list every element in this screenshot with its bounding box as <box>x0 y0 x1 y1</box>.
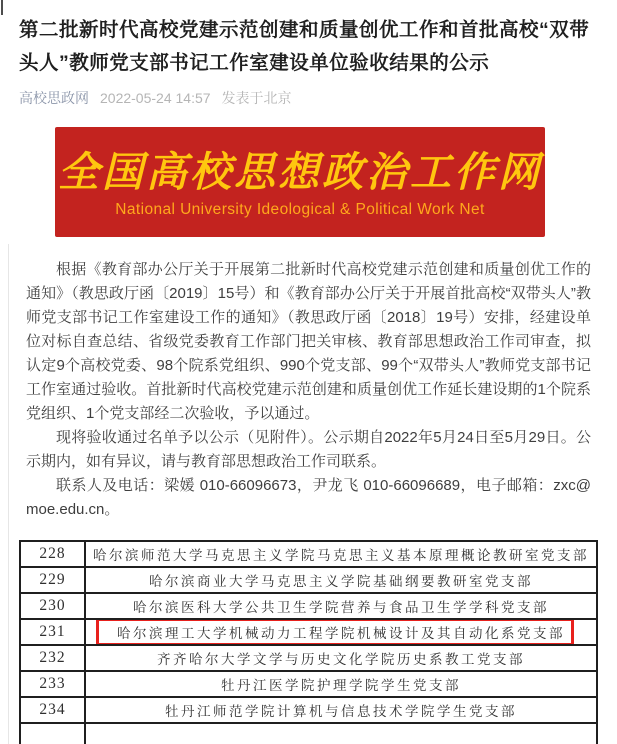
table-row: 233牡丹江医学院护理学院学生党支部 <box>20 671 597 697</box>
row-branch-name-cell: 哈尔滨师范大学马克思主义学院马克思主义基本原理概论教研室党支部 <box>85 541 597 567</box>
article-title: 第二批新时代高校党建示范创建和质量创优工作和首批高校“双带头人”教师党支部书记工… <box>19 14 599 80</box>
embedded-image-edge <box>8 244 9 744</box>
row-branch-name-cell: 哈尔滨医科大学公共卫生学院营养与食品卫生学学科党支部 <box>85 593 597 619</box>
branch-name: 哈尔滨师范大学马克思主义学院马克思主义基本原理概论教研室党支部 <box>93 548 589 563</box>
results-table: 228哈尔滨师范大学马克思主义学院马克思主义基本原理概论教研室党支部229哈尔滨… <box>19 540 598 744</box>
row-branch-name-cell <box>85 723 597 744</box>
screenshot-edge-artifact <box>1 0 3 15</box>
table-row: 230哈尔滨医科大学公共卫生学院营养与食品卫生学学科党支部 <box>20 593 597 619</box>
row-branch-name-cell: 哈尔滨商业大学马克思主义学院基础纲要教研室党支部 <box>85 567 597 593</box>
row-number-cell: 232 <box>20 645 85 671</box>
banner-title-en: National University Ideological & Politi… <box>115 202 484 218</box>
row-branch-name-cell: 齐齐哈尔大学文学与历史文化学院历史系教工党支部 <box>85 645 597 671</box>
row-branch-name-cell: 牡丹江医学院护理学院学生党支部 <box>85 671 597 697</box>
results-table-body: 228哈尔滨师范大学马克思主义学院马克思主义基本原理概论教研室党支部229哈尔滨… <box>20 541 597 744</box>
table-row: 232齐齐哈尔大学文学与历史文化学院历史系教工党支部 <box>20 645 597 671</box>
table-row: 231哈尔滨理工大学机械动力工程学院机械设计及其自动化系党支部 <box>20 619 597 645</box>
row-number-cell: 234 <box>20 697 85 723</box>
article-page: 第二批新时代高校党建示范创建和质量创优工作和首批高校“双带头人”教师党支部书记工… <box>0 0 617 744</box>
table-row-clipped <box>20 723 597 744</box>
row-number-cell: 231 <box>20 619 85 645</box>
row-number-cell: 229 <box>20 567 85 593</box>
branch-name: 哈尔滨医科大学公共卫生学院营养与食品卫生学学科党支部 <box>133 600 549 615</box>
row-branch-name-cell: 牡丹江师范学院计算机与信息技术学院学生党支部 <box>85 697 597 723</box>
row-number-cell <box>20 723 85 744</box>
row-number-cell: 233 <box>20 671 85 697</box>
branch-name: 牡丹江师范学院计算机与信息技术学院学生党支部 <box>165 704 517 719</box>
paragraph: 联系人及电话：梁媛 010-66096673，尹龙飞 010-66096689，… <box>26 474 591 522</box>
row-branch-name-cell: 哈尔滨理工大学机械动力工程学院机械设计及其自动化系党支部 <box>85 619 597 645</box>
table-row: 228哈尔滨师范大学马克思主义学院马克思主义基本原理概论教研室党支部 <box>20 541 597 567</box>
paragraph: 现将验收通过名单予以公示（见附件）。公示期自2022年5月24日至5月29日。公… <box>26 426 591 474</box>
table-row: 234牡丹江师范学院计算机与信息技术学院学生党支部 <box>20 697 597 723</box>
article-meta: 高校思政网 2022-05-24 14:57 发表于北京 <box>19 89 598 108</box>
publish-datetime: 2022-05-24 14:57 <box>100 89 211 108</box>
banner-image[interactable]: 全国高校思想政治工作网 National University Ideologi… <box>55 127 545 237</box>
branch-name: 哈尔滨理工大学机械动力工程学院机械设计及其自动化系党支部 <box>117 626 565 641</box>
row-number-cell: 228 <box>20 541 85 567</box>
paragraph: 根据《教育部办公厅关于开展第二批新时代高校党建示范创建和质量创优工作的通知》（教… <box>26 258 591 426</box>
table-row: 229哈尔滨商业大学马克思主义学院基础纲要教研室党支部 <box>20 567 597 593</box>
banner-title-cn: 全国高校思想政治工作网 <box>58 152 542 193</box>
row-number-cell: 230 <box>20 593 85 619</box>
account-name[interactable]: 高校思政网 <box>19 89 89 108</box>
branch-name: 牡丹江医学院护理学院学生党支部 <box>221 678 461 693</box>
article-body: 根据《教育部办公厅关于开展第二批新时代高校党建示范创建和质量创优工作的通知》（教… <box>26 258 591 522</box>
branch-name: 哈尔滨商业大学马克思主义学院基础纲要教研室党支部 <box>149 574 533 589</box>
publish-location: 发表于北京 <box>222 89 292 108</box>
branch-name: 齐齐哈尔大学文学与历史文化学院历史系教工党支部 <box>157 652 525 667</box>
